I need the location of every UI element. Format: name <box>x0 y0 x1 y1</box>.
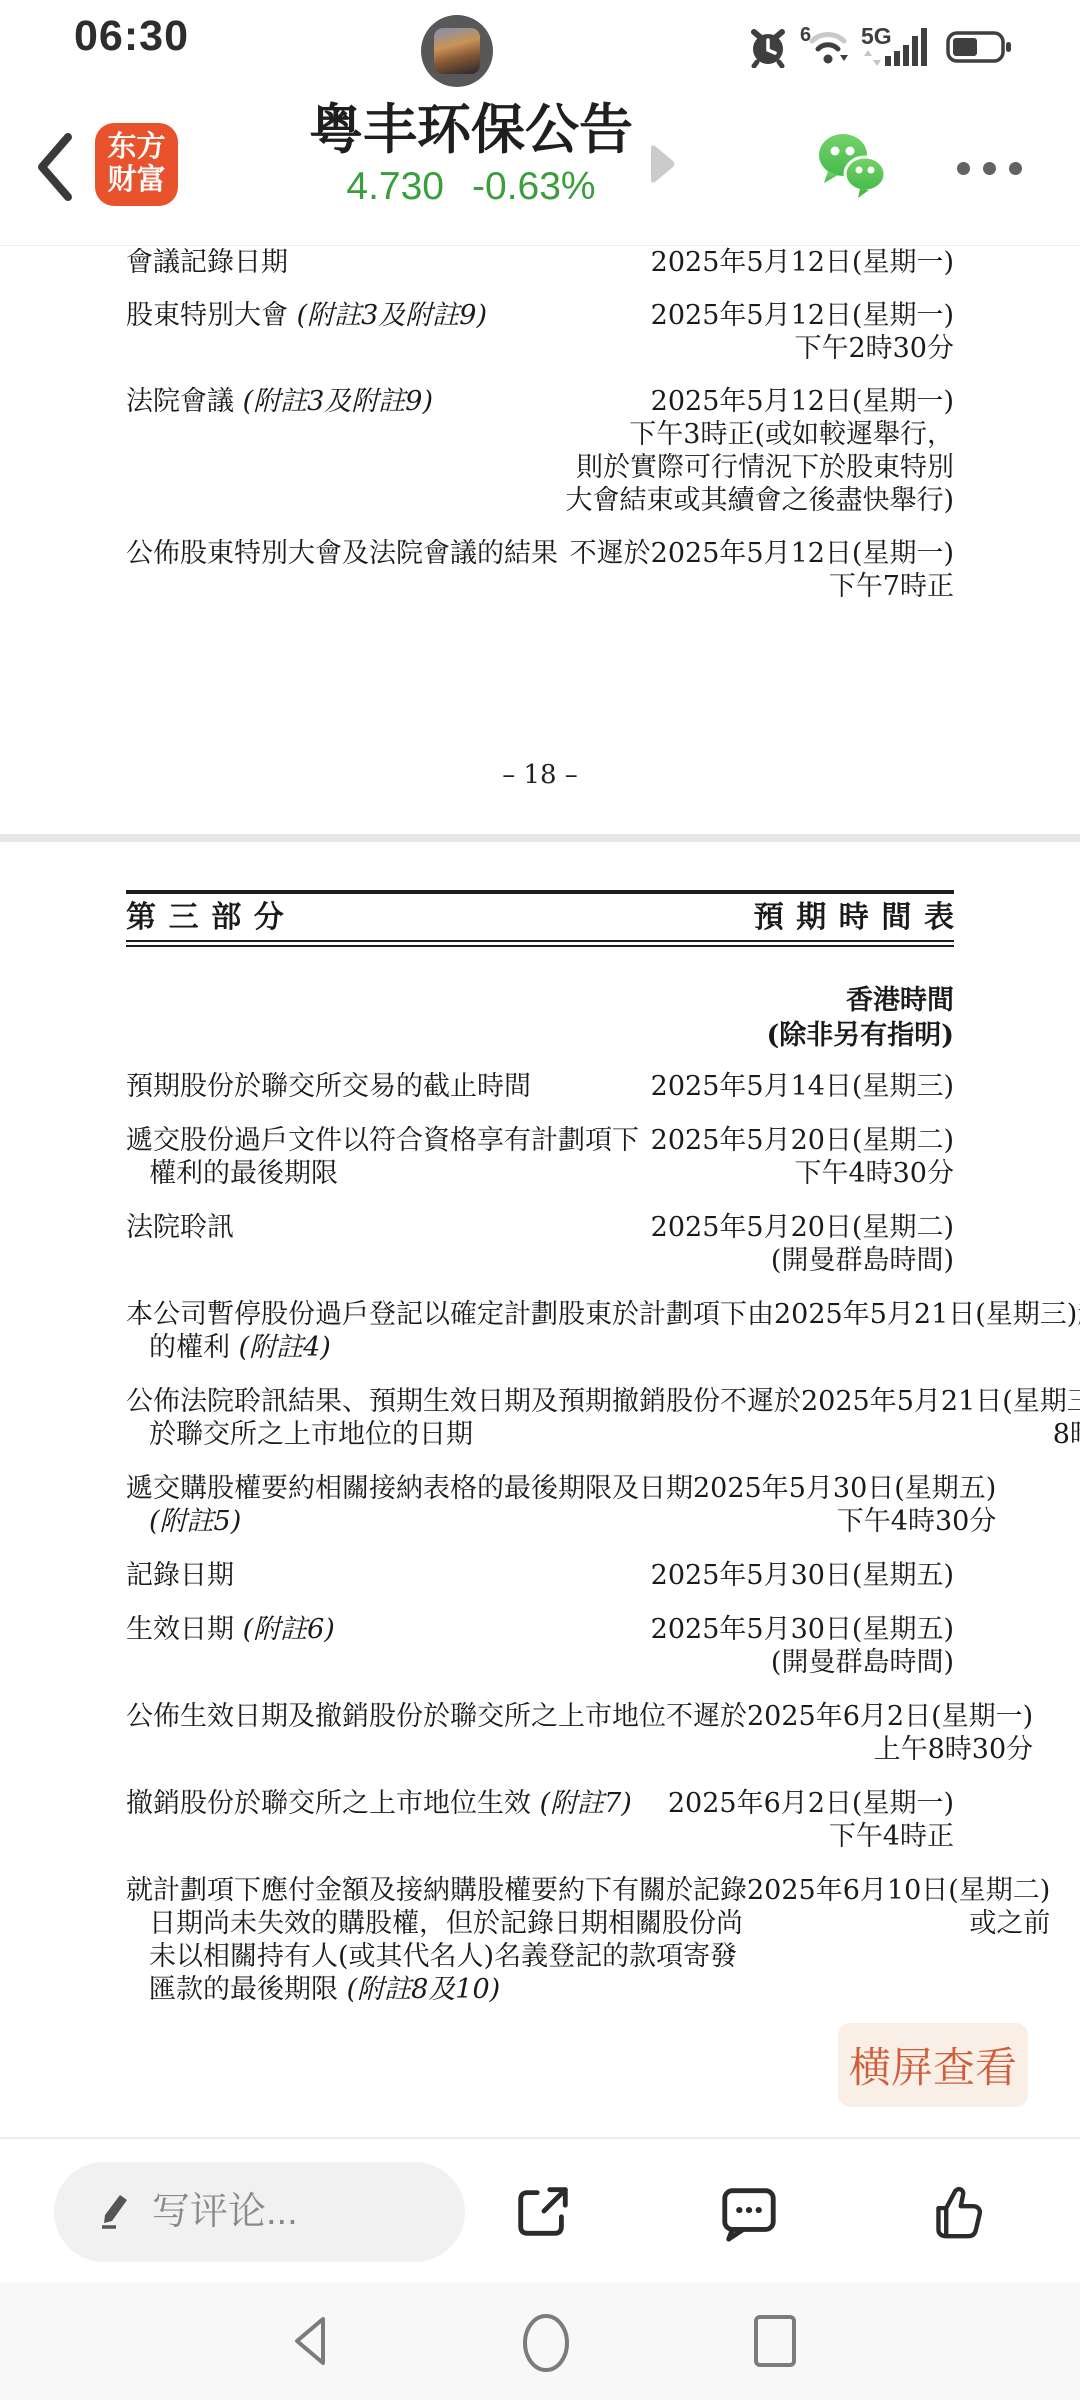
comment-input[interactable] <box>150 2190 404 2235</box>
more-dots-icon <box>957 162 970 175</box>
wechat-share-button[interactable] <box>816 131 890 201</box>
timetable-event: 記錄日期 <box>126 1559 234 1592</box>
timetable-date: 2025年5月30日(星期五)(開曼群島時間) <box>651 1613 954 1679</box>
app-header: 东方 财富 粤丰环保公告 4.730-0.63% <box>0 95 1080 246</box>
logo-text-line2: 财富 <box>95 164 178 197</box>
timetable-event: 就計劃項下應付金額及接納購股權要約下有關於記錄日期尚未失效的購股權，但於記錄日期… <box>126 1874 747 2006</box>
more-menu-button[interactable] <box>957 153 1027 183</box>
timetable-row: 記錄日期2025年5月30日(星期五) <box>126 1559 954 1592</box>
wifi-badge-6: 6 <box>800 25 811 46</box>
page-number: – 18 – <box>0 759 1080 792</box>
page-break <box>0 834 1080 842</box>
timetable-date: 2025年5月14日(星期三) <box>651 1070 954 1103</box>
thumbs-up-icon <box>922 2230 984 2247</box>
timetable-date: 不遲於2025年5月21日(星期三)上午8時30分 <box>720 1385 1080 1451</box>
timetable-row: 會議記錄日期2025年5月12日(星期一) <box>126 246 954 279</box>
landscape-view-button[interactable]: 横屏查看 <box>838 2023 1028 2107</box>
title-group: 粤丰环保公告 4.730-0.63% <box>170 99 772 209</box>
wifi-icon: 6 <box>800 25 850 74</box>
timetable-row: 生效日期 (附註6)2025年5月30日(星期五)(開曼群島時間) <box>126 1613 954 1679</box>
timetable-date: 2025年6月10日(星期二)或之前 <box>747 1874 1050 2006</box>
status-icons: 6 5G <box>747 24 1012 75</box>
footnote-reference: (附註8及10) <box>347 1974 501 2005</box>
pencil-icon <box>96 2191 132 2234</box>
timetable-event: 生效日期 (附註6) <box>126 1613 335 1679</box>
nav-home-icon <box>520 2360 572 2377</box>
share-icon <box>512 2230 574 2247</box>
timetable-row: 遞交購股權要約相關接納表格的最後期限及日期(附註5)2025年5月30日(星期五… <box>126 1472 954 1538</box>
timetable-date: 2025年5月20日(星期二)下午4時30分 <box>651 1124 954 1190</box>
footnote-reference: (附註4) <box>239 1332 331 1363</box>
battery-icon <box>946 29 1012 70</box>
timetable-date: 2025年5月20日(星期二)(開曼群島時間) <box>651 1211 954 1277</box>
timezone-line1: 香港時間 <box>126 983 954 1018</box>
timezone-note: 香港時間 (除非另有指明) <box>126 983 954 1053</box>
play-arrow-icon[interactable] <box>648 143 676 190</box>
timetable-event: 遞交購股權要約相關接納表格的最後期限及日期(附註5) <box>126 1472 693 1538</box>
timetable-date: 2025年6月2日(星期一)下午4時正 <box>668 1787 954 1853</box>
timetable-event: 會議記錄日期 <box>126 246 288 279</box>
page-title: 粤丰环保公告 <box>170 99 772 161</box>
footnote-reference: (附註3及附註9) <box>297 300 487 331</box>
timetable-row: 本公司暫停股份過戶登記以確定計劃股東於計劃項下的權利 (附註4)由2025年5月… <box>126 1298 954 1364</box>
timetable-date: 2025年5月12日(星期一)下午3時正(或如較遲舉行，則於實際可行情況下於股東… <box>565 385 954 517</box>
avatar-photo <box>434 28 480 74</box>
timetable-row: 就計劃項下應付金額及接納購股權要約下有關於記錄日期尚未失效的購股權，但於記錄日期… <box>126 1874 954 2006</box>
timetable-page-18: 會議記錄日期2025年5月12日(星期一)股東特別大會 (附註3及附註9)202… <box>0 246 1080 603</box>
document-viewer[interactable]: 會議記錄日期2025年5月12日(星期一)股東特別大會 (附註3及附註9)202… <box>0 246 1080 2107</box>
back-chevron-icon <box>30 192 82 209</box>
footnote-reference: (附註3及附註9) <box>243 386 433 417</box>
timetable-row: 公佈生效日期及撤銷股份於聯交所之上市地位不遲於2025年6月2日(星期一)上午8… <box>126 1700 954 1766</box>
timetable-row: 法院會議 (附註3及附註9)2025年5月12日(星期一)下午3時正(或如較遲舉… <box>126 385 954 517</box>
nav-recents-icon <box>752 2356 798 2373</box>
back-button[interactable] <box>30 129 82 205</box>
timetable-event: 法院會議 (附註3及附註9) <box>126 385 433 517</box>
status-bar: 06:30 6 <box>0 0 1080 95</box>
timetable-date: 由2025年5月21日(星期三)起 <box>747 1298 1080 1364</box>
android-nav-bar <box>0 2283 1080 2400</box>
network-5g-label: 5G <box>861 24 892 49</box>
timetable-date: 2025年5月12日(星期一) <box>651 246 954 279</box>
timetable-event: 公佈生效日期及撤銷股份於聯交所之上市地位 <box>126 1700 666 1766</box>
clock-time: 06:30 <box>74 12 189 61</box>
comment-bubble-icon <box>718 2230 780 2247</box>
footnote-reference: (附註6) <box>243 1614 335 1645</box>
comments-button[interactable] <box>718 2181 780 2248</box>
timetable-event: 預期股份於聯交所交易的截止時間 <box>126 1070 531 1103</box>
timetable-date: 不遲於2025年5月12日(星期一)下午7時正 <box>570 537 954 603</box>
timetable-event: 本公司暫停股份過戶登記以確定計劃股東於計劃項下的權利 (附註4) <box>126 1298 747 1364</box>
wechat-icon <box>816 188 890 205</box>
timetable-date: 2025年5月12日(星期一)下午2時30分 <box>651 299 954 365</box>
like-button[interactable] <box>922 2181 984 2248</box>
nav-recents-button[interactable] <box>752 2313 798 2374</box>
timetable-row: 法院聆訊2025年5月20日(星期二)(開曼群島時間) <box>126 1211 954 1277</box>
section-title: 預期時間表 <box>754 899 967 937</box>
eastmoney-logo[interactable]: 东方 财富 <box>95 123 178 206</box>
alarm-icon <box>747 26 789 73</box>
section-number: 第三部分 <box>126 899 296 937</box>
timetable-row: 撤銷股份於聯交所之上市地位生效 (附註7)2025年6月2日(星期一)下午4時正 <box>126 1787 954 1853</box>
nav-back-icon <box>287 2356 333 2373</box>
timetable-date: 2025年5月30日(星期五)下午4時30分 <box>693 1472 996 1538</box>
avatar <box>421 15 493 87</box>
share-button[interactable] <box>512 2181 574 2248</box>
timetable-row: 公佈法院聆訊結果、預期生效日期及預期撤銷股份於聯交所之上市地位的日期不遲於202… <box>126 1385 954 1451</box>
section-header: 第三部分 預期時間表 <box>126 894 954 940</box>
nav-home-button[interactable] <box>520 2313 572 2378</box>
logo-text-line1: 东方 <box>95 131 178 164</box>
timetable-date: 2025年5月30日(星期五) <box>651 1559 954 1592</box>
footnote-reference: (附註5) <box>149 1506 241 1537</box>
timetable-row: 遞交股份過戶文件以符合資格享有計劃項下權利的最後期限2025年5月20日(星期二… <box>126 1124 954 1190</box>
timetable-page-19: 第三部分 預期時間表 香港時間 (除非另有指明) 預期股份於聯交所交易的截止時間… <box>0 890 1080 2006</box>
stock-price: 4.730 <box>346 165 444 208</box>
comment-input-pill[interactable] <box>54 2162 465 2262</box>
footnote-reference: (附註7) <box>540 1788 632 1819</box>
timezone-line2: (除非另有指明) <box>126 1018 954 1053</box>
timetable-event: 法院聆訊 <box>126 1211 234 1277</box>
section-rule-bottom <box>126 940 954 947</box>
signal-bars-icon: 5G <box>861 24 935 75</box>
stock-change: -0.63% <box>472 165 596 208</box>
stock-quote[interactable]: 4.730-0.63% <box>170 165 772 209</box>
timetable-rows: 預期股份於聯交所交易的截止時間2025年5月14日(星期三)遞交股份過戶文件以符… <box>126 1070 954 2006</box>
timetable-event: 公佈法院聆訊結果、預期生效日期及預期撤銷股份於聯交所之上市地位的日期 <box>126 1385 720 1451</box>
comment-bar <box>0 2137 1080 2283</box>
timetable-row: 公佈股東特別大會及法院會議的結果不遲於2025年5月12日(星期一)下午7時正 <box>126 537 954 603</box>
timetable-event: 公佈股東特別大會及法院會議的結果 <box>126 537 558 603</box>
timetable-row: 股東特別大會 (附註3及附註9)2025年5月12日(星期一)下午2時30分 <box>126 299 954 365</box>
timetable-event: 遞交股份過戶文件以符合資格享有計劃項下權利的最後期限 <box>126 1124 639 1190</box>
timetable-event: 股東特別大會 (附註3及附註9) <box>126 299 487 365</box>
timetable-row: 預期股份於聯交所交易的截止時間2025年5月14日(星期三) <box>126 1070 954 1103</box>
timetable-event: 撤銷股份於聯交所之上市地位生效 (附註7) <box>126 1787 632 1853</box>
timetable-date: 不遲於2025年6月2日(星期一)上午8時30分 <box>666 1700 1033 1766</box>
screen: 06:30 6 <box>0 0 1080 2400</box>
nav-back-button[interactable] <box>287 2313 333 2374</box>
